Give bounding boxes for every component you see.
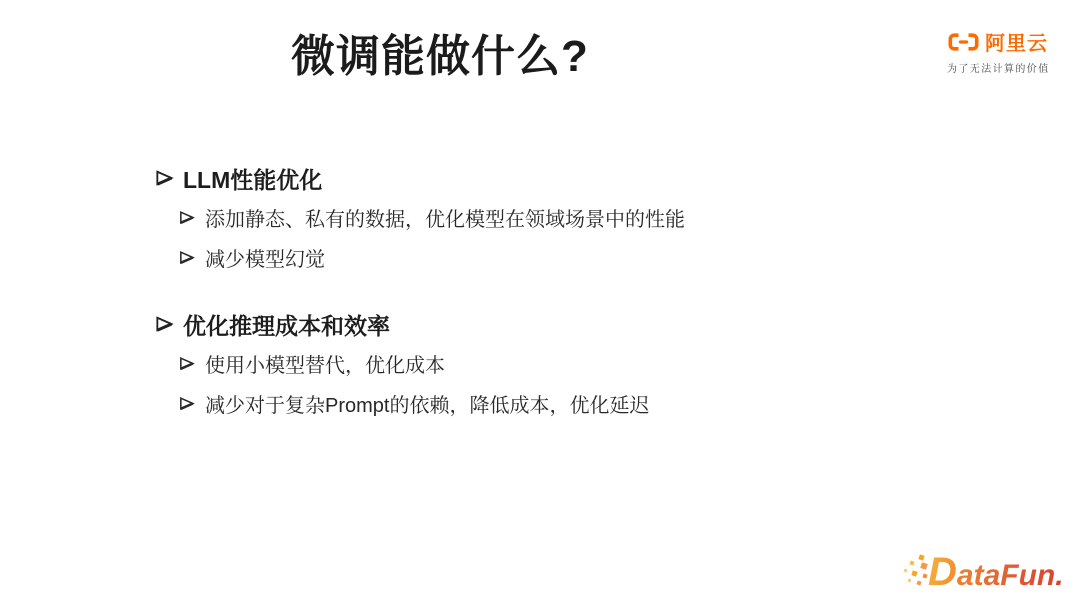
arrowhead-bullet-icon: [154, 314, 174, 334]
list-item-text: 减少模型幻觉: [205, 243, 325, 272]
arrowhead-bullet-icon: [178, 249, 195, 266]
presentation-slide: 微调能做什么? 阿里云 为了无法计算的价值: [0, 0, 1080, 608]
list-item: 减少模型幻觉: [178, 242, 894, 272]
arrowhead-bullet-icon: [154, 168, 174, 188]
section-heading-label: 优化推理成本和效率: [183, 308, 390, 341]
datafun-logo: DataFun.: [900, 548, 1070, 600]
list-item-text: 添加静态、私有的数据，优化模型在领域场景中的性能: [205, 203, 685, 232]
section-heading: LLM性能优化: [154, 162, 894, 194]
datafun-logo-text: DataFun.: [928, 548, 1064, 605]
list-item: 减少对于复杂Prompt的依赖，降低成本，优化延迟: [178, 388, 894, 418]
section-heading-label: LLM性能优化: [183, 162, 322, 195]
section-inference-cost: 优化推理成本和效率 使用小模型替代，优化成本: [154, 308, 894, 418]
section-llm-performance: LLM性能优化 添加静态、私有的数据，优化模型在领域场景中的性能: [154, 162, 894, 272]
alibaba-cloud-brand-name: 阿里云: [985, 27, 1048, 56]
sub-bullet-list: 使用小模型替代，优化成本 减少对于复杂Prompt的依赖，降低成本，优化延迟: [178, 348, 894, 418]
slide-title: 微调能做什么?: [0, 20, 880, 84]
section-heading: 优化推理成本和效率: [154, 308, 894, 340]
arrowhead-bullet-icon: [178, 395, 195, 412]
list-item-text: 减少对于复杂Prompt的依赖，降低成本，优化延迟: [205, 389, 649, 418]
arrowhead-bullet-icon: [178, 355, 195, 372]
sub-bullet-list: 添加静态、私有的数据，优化模型在领域场景中的性能 减少模型幻觉: [178, 202, 894, 272]
alibaba-cloud-brand: 阿里云 为了无法计算的价值: [947, 27, 1067, 75]
list-item: 添加静态、私有的数据，优化模型在领域场景中的性能: [178, 202, 894, 232]
list-item: 使用小模型替代，优化成本: [178, 348, 894, 378]
slide-content: LLM性能优化 添加静态、私有的数据，优化模型在领域场景中的性能: [154, 162, 894, 428]
arrowhead-bullet-icon: [178, 209, 195, 226]
list-item-text: 使用小模型替代，优化成本: [205, 349, 445, 378]
alibaba-cloud-tagline: 为了无法计算的价值: [947, 60, 1067, 75]
alibaba-cloud-logo-icon: [947, 32, 980, 52]
